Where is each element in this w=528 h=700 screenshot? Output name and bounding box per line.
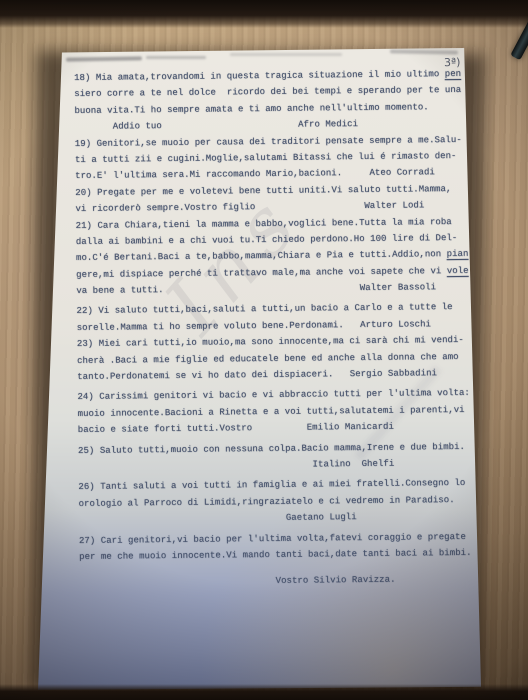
typewritten-line: Vostro Silvio Ravizza. — [79, 571, 472, 591]
line-text: siero corre a te nel dolce ricordo dei b… — [74, 85, 461, 99]
line-text: per me che muoio innocente.Vi mando tant… — [79, 548, 472, 562]
line-text: ti a tutti zii e cugini.Moglie,salutami … — [75, 151, 457, 165]
line-text: tro.E' l'ultima sera.Mi raccomando Mario… — [75, 168, 435, 182]
line-text: 19) Genitori,se muoio per causa dei trad… — [75, 135, 462, 149]
line-text: Addio tuo Afro Medici — [75, 119, 359, 132]
line-text: sorelle.Mamma ti ho sempre voluto bene.P… — [77, 319, 431, 333]
typewritten-text: 18) Mia amata,trovandomi in questa tragi… — [74, 66, 472, 592]
line-text: mo.C'é Bertani.Baci a te,babbo,mamma,Chi… — [76, 249, 447, 263]
line-text: Italino Ghelfi — [78, 459, 394, 472]
line-text: 24) Carissimi genitori vi bacio e vi abb… — [77, 388, 470, 402]
smudge-mark — [66, 56, 142, 61]
line-text: tanto.Perdonatemi se vi ho dato dei disp… — [77, 368, 437, 382]
line-text: 25) Saluto tutti,muoio con nessuna colpa… — [78, 442, 465, 456]
line-text: 27) Cari genitori,vi bacio per l'ultima … — [79, 531, 466, 545]
line-text: Vostro Silvio Ravizza. — [79, 575, 395, 588]
line-underlined-tail: pian — [447, 249, 469, 259]
typewritten-line: bacio e siate forti tutti.Vostro Emilio … — [78, 418, 471, 438]
smudge-mark — [146, 56, 206, 59]
line-text: orologio al Parroco di Limidi,ringraziat… — [78, 495, 454, 509]
line-text: gere,mi dispiace perché ti trattavo male… — [76, 266, 447, 280]
typewritten-line: tanto.Perdonatemi se vi ho dato dei disp… — [77, 365, 470, 385]
typewritten-line: va bene a tutti. Walter Bassoli — [76, 279, 469, 299]
line-text: 26) Tanti saluti a voi tutti in famiglia… — [78, 478, 465, 492]
line-text: Gaetano Lugli — [79, 512, 357, 525]
document-page: Ins 3ª) 18) Mia amata,trovandomi in ques… — [38, 48, 481, 690]
smudge-mark — [230, 53, 342, 56]
line-text: vi ricorderò sempre.Vostro figlio Walter… — [75, 200, 424, 214]
top-shadow-band — [0, 0, 528, 28]
smudge-mark — [390, 49, 458, 54]
line-text: cherà .Baci a mie figlie ed educatele be… — [77, 352, 459, 366]
line-text: dalla ai bambini e a chi vuoi tu.Ti chie… — [76, 233, 458, 247]
typewritten-line: Gaetano Lugli — [79, 508, 472, 528]
line-text: buona vita.Ti ho sempre amata e ti amo a… — [74, 102, 428, 116]
line-text: va bene a tutti. Walter Bassoli — [76, 282, 436, 296]
line-text: bacio e siate forti tutti.Vostro Emilio … — [78, 422, 394, 435]
line-text: 22) Vi saluto tutti,baci,saluti a tutti,… — [76, 303, 452, 317]
line-text: 20) Pregate per me e voletevi bene tutti… — [75, 184, 451, 198]
typewritten-line: per me che muoio innocente.Vi mando tant… — [79, 545, 472, 565]
line-text: muoio innocente.Bacioni a Rinetta e a vo… — [78, 405, 465, 419]
bottom-shadow-band — [0, 684, 528, 700]
line-text: 23) Miei cari tutti,io muoio,ma sono inn… — [77, 335, 464, 349]
photo-background: Ins 3ª) 18) Mia amata,trovandomi in ques… — [0, 0, 528, 700]
line-text: 18) Mia amata,trovandomi in questa tragi… — [74, 69, 445, 83]
typewritten-line: Italino Ghelfi — [78, 455, 471, 475]
line-underlined-tail: vole — [447, 266, 469, 276]
line-text: 21) Cara Chiara,tieni la mamma e babbo,v… — [76, 217, 452, 231]
line-underlined-tail: pen — [445, 69, 461, 79]
